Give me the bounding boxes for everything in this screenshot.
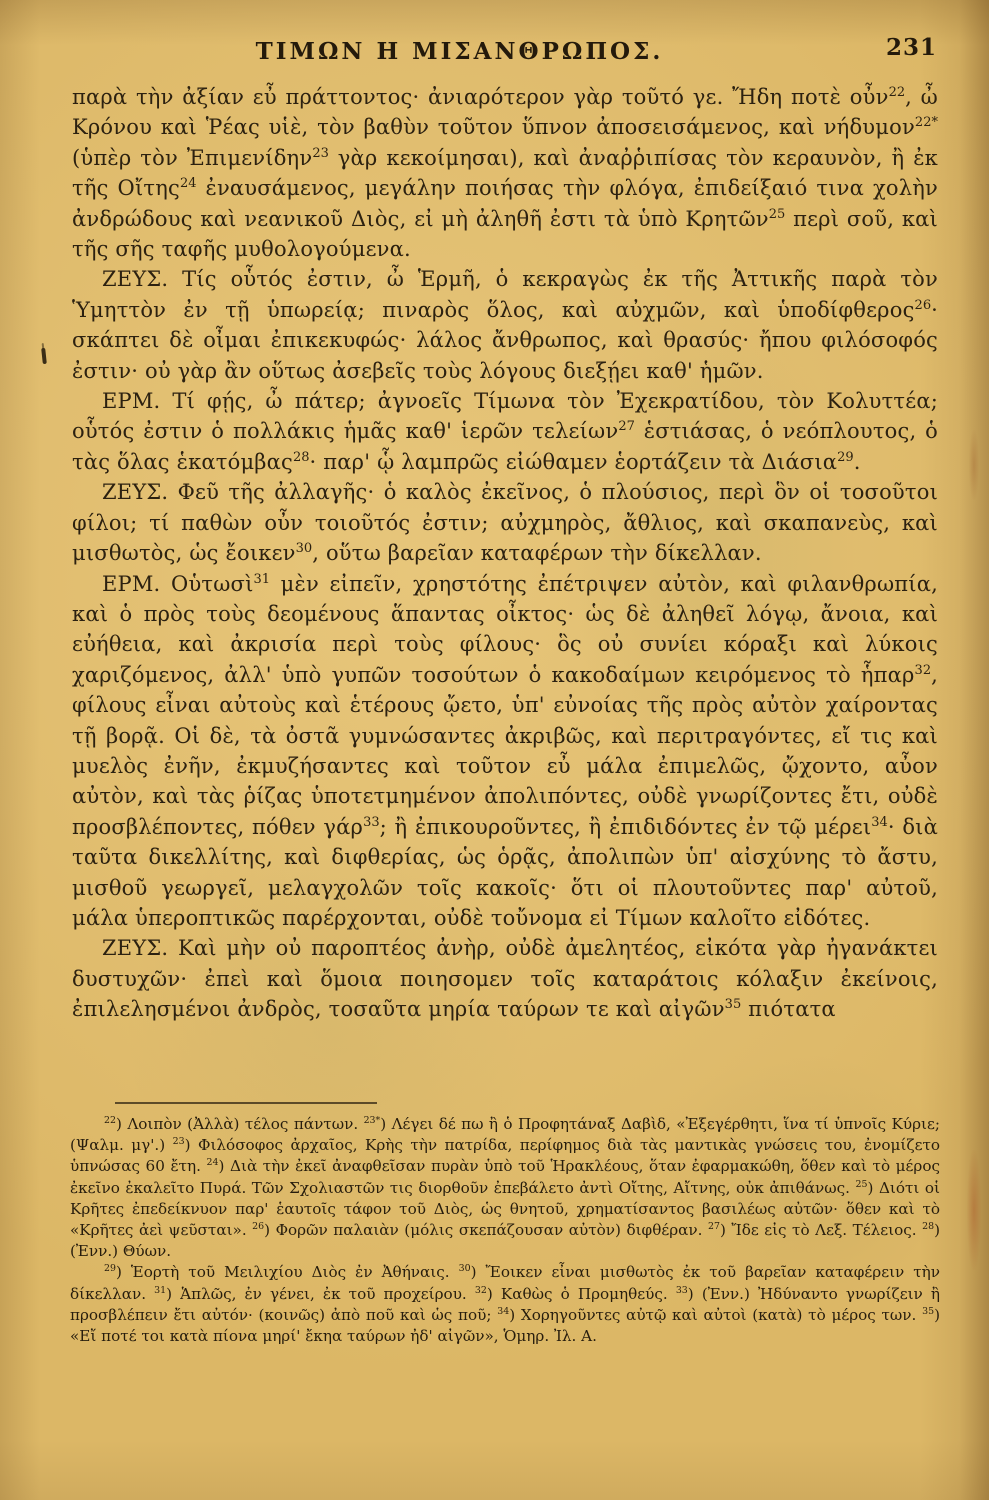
book-page: ΤΙΜΩΝ Η ΜΙΣΑΝΘΡΩΠΟΣ. 231 παρὰ τὴν ἀξίαν …: [0, 0, 989, 1500]
foxing-streak: [969, 430, 979, 500]
body-paragraph: ΖΕΥΣ. Φεῦ τῆς ἀλλαγῆς· ὁ καλὸς ἐκεῖνος, …: [72, 477, 938, 568]
body-paragraph: ΖΕΥΣ. Τίς οὗτός ἐστιν, ὦ Ἑρμῆ, ὁ κεκραγὼ…: [72, 264, 938, 386]
foxing-streak: [967, 1150, 981, 1270]
page-number: 231: [886, 34, 937, 61]
footnote-block: 22) Λοιπὸν (Ἀλλὰ) τέλος πάντων. 23*) Λέγ…: [70, 1114, 940, 1262]
body-paragraph: ΕΡΜ. Τί φῄς, ὦ πάτερ; ἀγνοεῖς Τίμωνα τὸν…: [72, 386, 938, 477]
page-title: ΤΙΜΩΝ Η ΜΙΣΑΝΘΡΩΠΟΣ.: [0, 38, 989, 65]
page-header: ΤΙΜΩΝ Η ΜΙΣΑΝΘΡΩΠΟΣ. 231: [0, 38, 989, 74]
margin-ink-mark: [41, 348, 47, 364]
footnote-separator: [115, 1102, 377, 1104]
body-paragraph: παρὰ τὴν ἀξίαν εὖ πράττοντος· ἀνιαρότερο…: [72, 82, 938, 264]
body-text: παρὰ τὴν ἀξίαν εὖ πράττοντος· ἀνιαρότερο…: [72, 82, 938, 1090]
footnotes: 22) Λοιπὸν (Ἀλλὰ) τέλος πάντων. 23*) Λέγ…: [70, 1114, 940, 1382]
body-paragraph: ΖΕΥΣ. Καὶ μὴν οὐ παροπτέος ἀνὴρ, οὐδὲ ἀμ…: [72, 933, 938, 1024]
footnote-block: 29) Ἑορτὴ τοῦ Μειλιχίου Διὸς ἐν Ἀθήναις.…: [70, 1262, 940, 1347]
body-paragraph: ΕΡΜ. Οὑτωσὶ31 μὲν εἰπεῖν, χρηστότης ἐπέτ…: [72, 569, 938, 934]
